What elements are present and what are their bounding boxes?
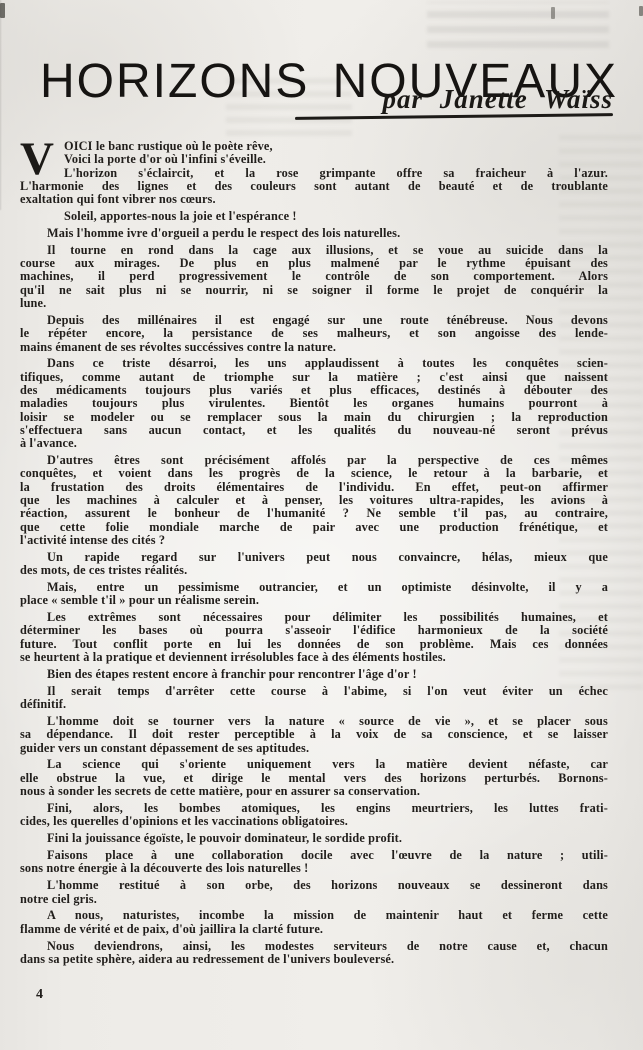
byline-underline [295, 113, 613, 120]
text-line: exaltation qui font vibrer nos cœurs. [20, 193, 608, 206]
text-line: lune. [20, 297, 608, 310]
text-line: Il tourne en rond dans la cage aux illus… [20, 244, 608, 257]
text-line: Voici la porte d'or où l'infini s'éveill… [20, 153, 608, 166]
text-line: que les machines à calculer et à penser,… [20, 494, 608, 507]
paragraph: Soleil, apportes-nous la joie et l'espér… [20, 210, 608, 223]
text-line: Soleil, apportes-nous la joie et l'espér… [20, 210, 608, 223]
byline: par Janette Waïss [295, 84, 613, 118]
text-line: notre ciel gris. [20, 893, 608, 906]
text-line: tifiques, comme autant de triomphe sur l… [20, 371, 608, 384]
text-line: se heurtent à la pratique et deviennent … [20, 651, 608, 664]
text-line: flamme de vérité et de paix, d'où jailli… [20, 923, 608, 936]
text-line: loisir se modeler ou se remplacer sous l… [20, 411, 608, 424]
paragraph: Dans ce triste désarroi, les uns applaud… [20, 357, 608, 450]
text-line: maladies toujours plus virulentes. Bient… [20, 397, 608, 410]
paragraph: La science qui s'oriente uniquement vers… [20, 758, 608, 798]
text-line: future. Tout conflit porte en lui les do… [20, 638, 608, 651]
text-line: cides, les querelles d'opinions et les v… [20, 815, 608, 828]
text-line: Mais l'homme ivre d'orgueil a perdu le r… [20, 227, 608, 240]
text-line: machines, il perd progressivement le con… [20, 270, 608, 283]
scan-speck [551, 7, 555, 19]
text-line: des médicaments toujours plus variés et … [20, 384, 608, 397]
paragraph: L'homme doit se tourner vers la nature «… [20, 715, 608, 755]
text-line: OICI le banc rustique où le poète rêve, [20, 140, 608, 153]
byline-text: par Janette Waïss [295, 84, 613, 114]
text-line: qu'il ne sait plus ni se nourrir, ni se … [20, 284, 608, 297]
text-line: définitif. [20, 698, 608, 711]
text-line: nous à sonder les secrets de cette matiè… [20, 785, 608, 798]
text-line: Il serait temps d'arrêter cette course à… [20, 685, 608, 698]
text-line: La science qui s'oriente uniquement vers… [20, 758, 608, 771]
text-line: la frustation des droits élémentaires de… [20, 481, 608, 494]
bleedthrough-column-rule [0, 0, 1, 210]
text-line: Les extrêmes sont nécessaires pour délim… [20, 611, 608, 624]
text-line: dans sa petite sphère, aidera au redress… [20, 953, 608, 966]
text-line: conquêtes, et voient dans les progrès de… [20, 467, 608, 480]
paragraph: Il serait temps d'arrêter cette course à… [20, 685, 608, 712]
paragraph: Faisons place à une collaboration docile… [20, 849, 608, 876]
paragraph: Un rapide regard sur l'univers peut nous… [20, 551, 608, 578]
text-line: L'homme restitué à son orbe, des horizon… [20, 879, 608, 892]
text-line: Nous deviendrons, ainsi, les modestes se… [20, 940, 608, 953]
paragraph: A nous, naturistes, incombe la mission d… [20, 909, 608, 936]
text-line: place « semble t'il » pour un réalisme s… [20, 594, 608, 607]
paragraph: Fini, alors, les bombes atomiques, les e… [20, 802, 608, 829]
text-line: à l'avance. [20, 437, 608, 450]
text-line: Dans ce triste désarroi, les uns applaud… [20, 357, 608, 370]
paragraph: Il tourne en rond dans la cage aux illus… [20, 244, 608, 310]
text-line: course aux mirages. De plus en plus malm… [20, 257, 608, 270]
text-line: déterminer les bases où pourra s'asseoir… [20, 624, 608, 637]
text-line: sa dépendance. Il doit rester perceptibl… [20, 728, 608, 741]
paragraph: L'homme restitué à son orbe, des horizon… [20, 879, 608, 906]
paragraph: Depuis des millénaires il est engagé sur… [20, 314, 608, 354]
paragraph: Les extrêmes sont nécessaires pour délim… [20, 611, 608, 664]
paragraph: Fini la jouissance égoïste, le pouvoir d… [20, 832, 608, 845]
page-number: 4 [36, 987, 43, 1003]
text-line: Depuis des millénaires il est engagé sur… [20, 314, 608, 327]
text-line: L'harmonie des lignes et des couleurs so… [20, 180, 608, 193]
drop-cap: V [20, 140, 60, 179]
text-line: que cette folie mondiale marche de pair … [20, 521, 608, 534]
text-line: L'horizon s'éclaircit, et la rose grimpa… [20, 167, 608, 180]
title-word-horizons: HORIZONS [40, 58, 309, 106]
text-line: Fini la jouissance égoïste, le pouvoir d… [20, 832, 608, 845]
scan-edge-mark-right [639, 6, 643, 16]
scanned-magazine-page: HORIZONS NOUVEAUX par Janette Waïss VOIC… [0, 0, 643, 1050]
paragraph: VOICI le banc rustique où le poète rêve,… [20, 140, 608, 206]
text-line: A nous, naturistes, incombe la mission d… [20, 909, 608, 922]
paragraph: D'autres êtres sont précisément affolés … [20, 454, 608, 547]
text-line: des mots, de ces tristes réalités. [20, 564, 608, 577]
paragraph: Mais l'homme ivre d'orgueil a perdu le r… [20, 227, 608, 240]
bleedthrough-ghost-top-right [427, 2, 609, 48]
text-line: Un rapide regard sur l'univers peut nous… [20, 551, 608, 564]
paragraph: Mais, entre un pessimisme outrancier, et… [20, 581, 608, 608]
text-line: elle obstrue la vue, et dirige le mental… [20, 772, 608, 785]
paragraph: Bien des étapes restent encore à franchi… [20, 668, 608, 681]
text-line: guider vers un constant dépassement de s… [20, 742, 608, 755]
text-line: Mais, entre un pessimisme outrancier, et… [20, 581, 608, 594]
text-line: l'activité intense des cités ? [20, 534, 608, 547]
text-line: Bien des étapes restent encore à franchi… [20, 668, 608, 681]
text-line: Faisons place à une collaboration docile… [20, 849, 608, 862]
text-line: réaction, assurent le bonheur de l'human… [20, 507, 608, 520]
text-line: sons notre énergie à la découverte des l… [20, 862, 608, 875]
text-line: le répéter encore, la persistance de ses… [20, 327, 608, 340]
text-line: Fini, alors, les bombes atomiques, les e… [20, 802, 608, 815]
article-body: VOICI le banc rustique où le poète rêve,… [20, 140, 608, 970]
text-line: D'autres êtres sont précisément affolés … [20, 454, 608, 467]
text-line: s'effectuera sans aucun contact, et les … [20, 424, 608, 437]
text-line: mains émanent de ses révoltes succéssive… [20, 341, 608, 354]
paragraph: Nous deviendrons, ainsi, les modestes se… [20, 940, 608, 967]
text-line: L'homme doit se tourner vers la nature «… [20, 715, 608, 728]
